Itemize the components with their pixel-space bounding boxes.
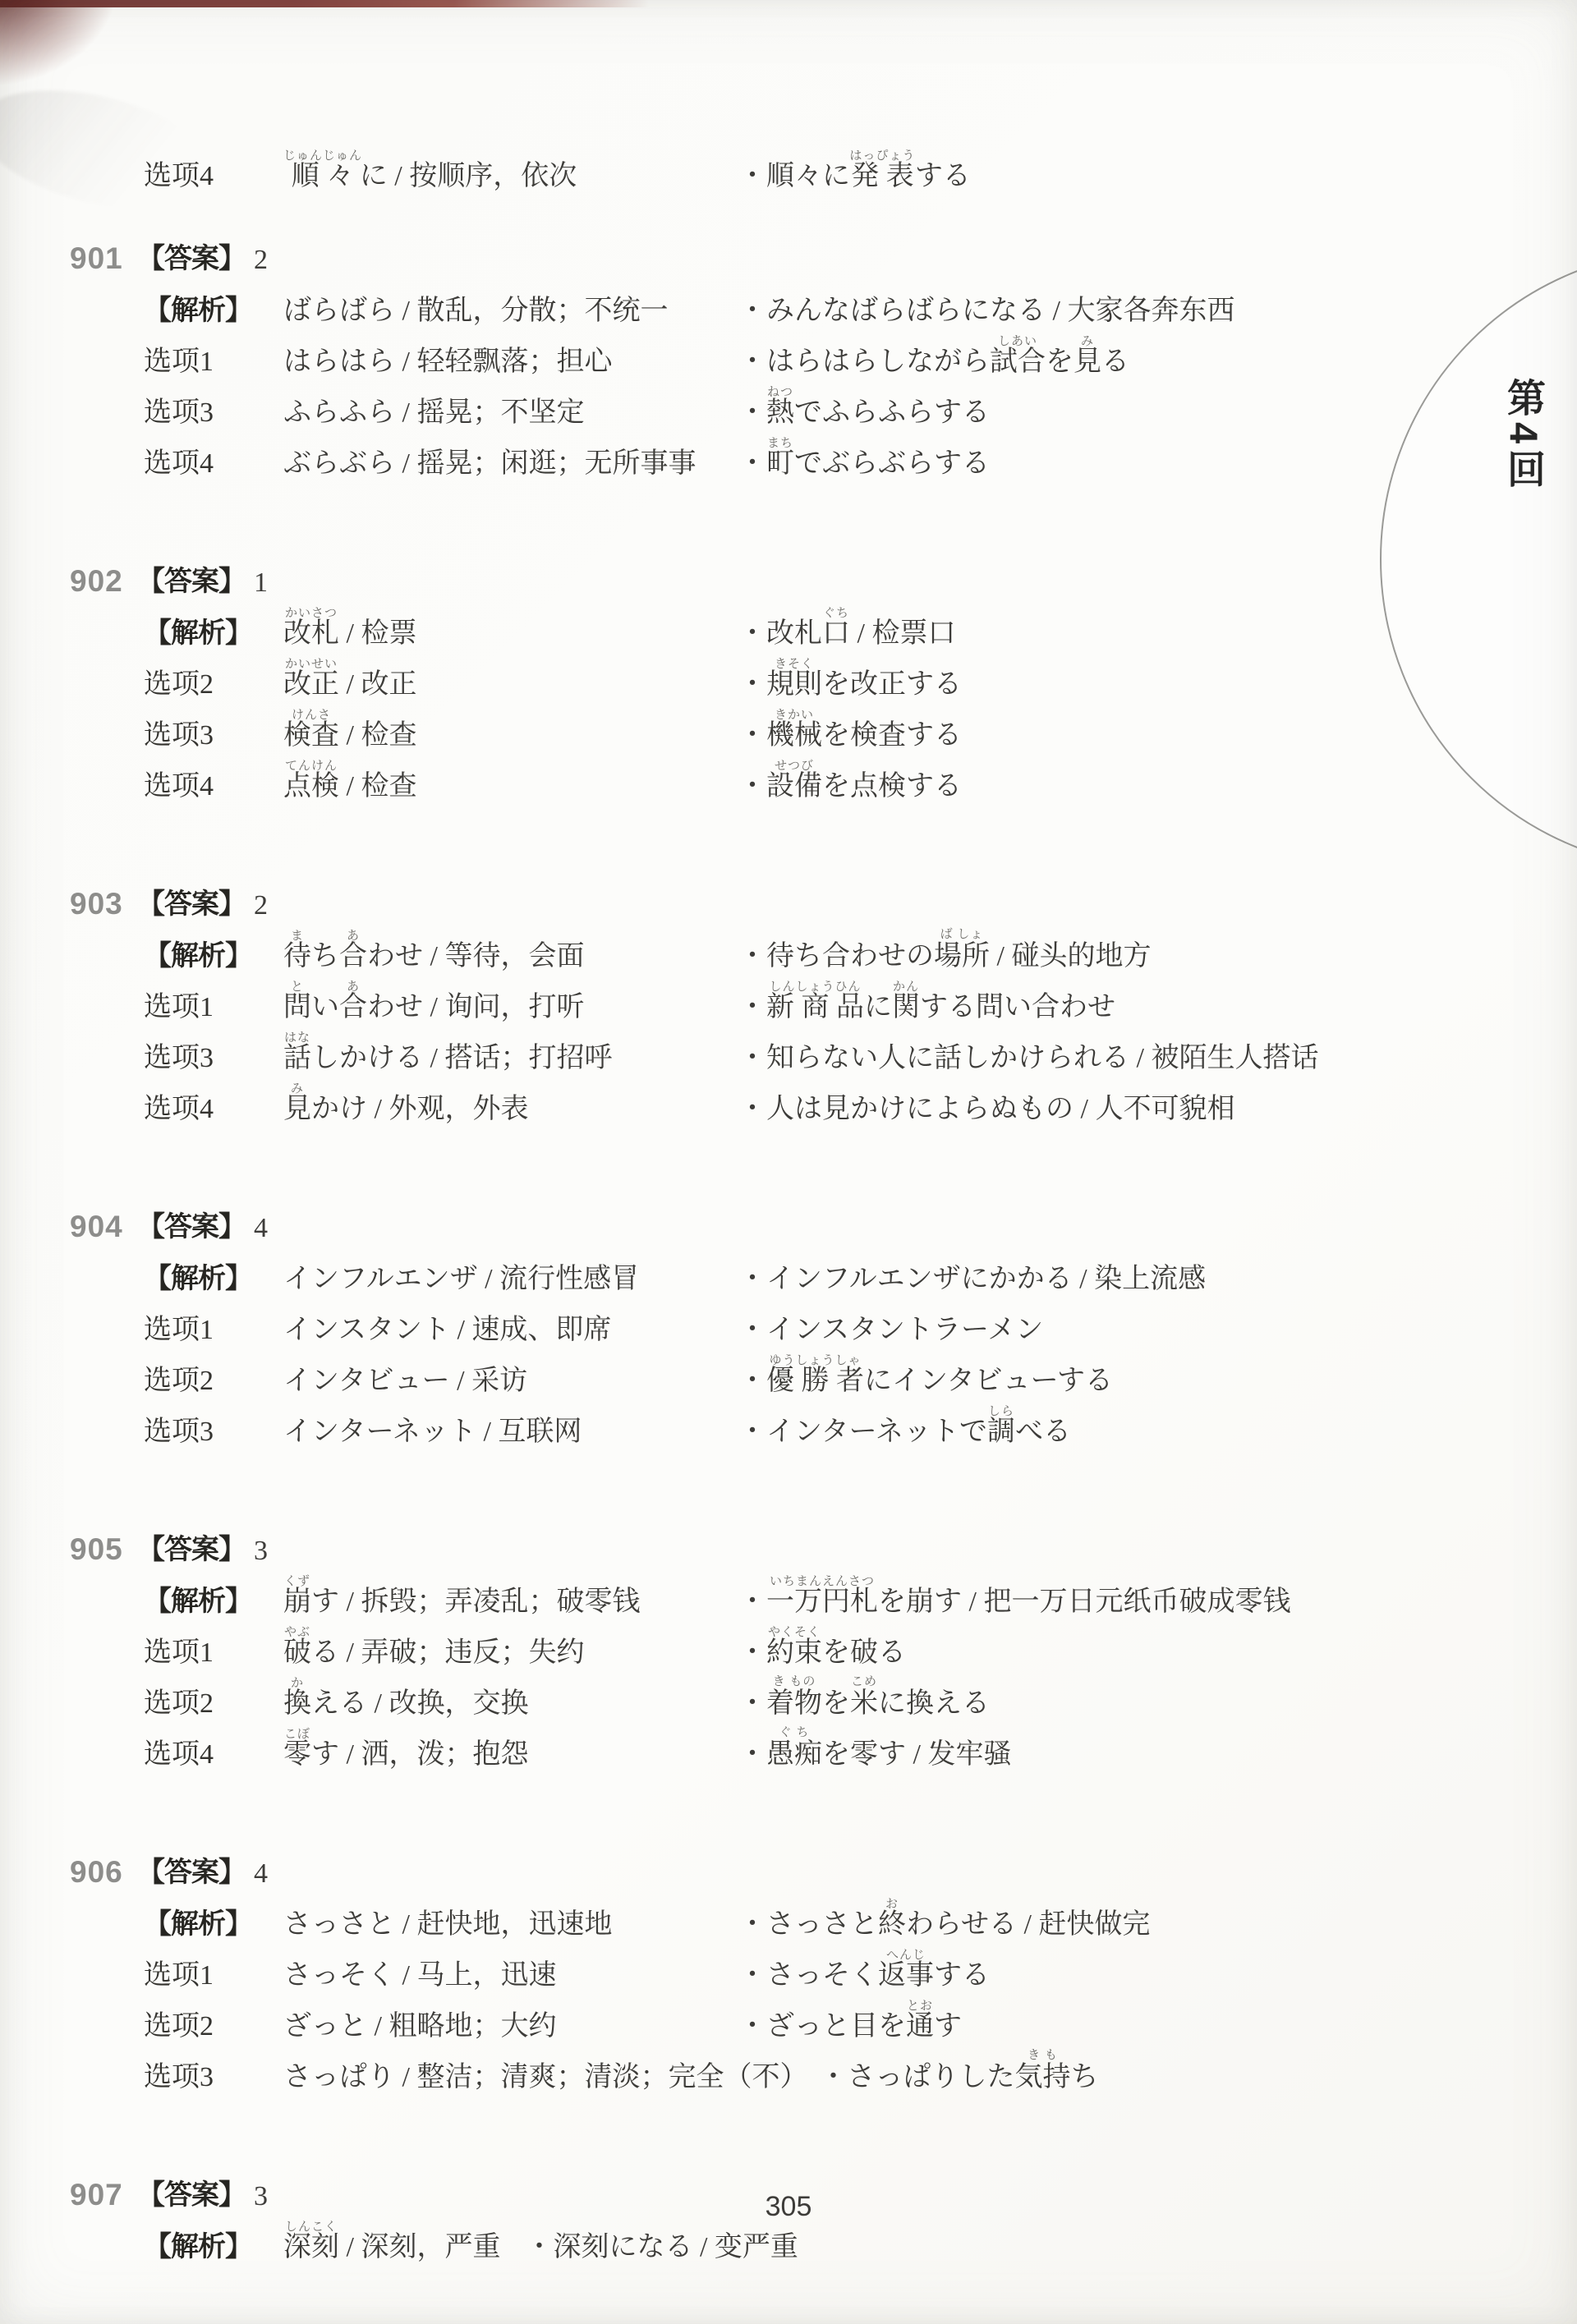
example-sentence: ・知らない人に話しかけられる / 被陌生人搭话	[738, 1043, 1318, 1074]
furigana-ruby: 換か	[283, 1688, 311, 1719]
example-sentence: ・さっさと終おわらせる / 赶快做完	[738, 1898, 1150, 1940]
example-sentence: ・さっぱりした気持き もち	[819, 2049, 1098, 2093]
entry-line: 【解析】さっさと / 赶快地，迅速地・さっさと終おわらせる / 赶快做完	[144, 1890, 1552, 1940]
entry-line: 选项1インスタント / 速成、即席・インスタントラーメン	[144, 1295, 1552, 1346]
entry-label: 【解析】	[144, 296, 283, 327]
word-and-meaning: ざっと / 粗略地；大约	[283, 2011, 738, 2042]
furigana-ruby: 崩くず	[283, 1587, 311, 1617]
word-and-meaning: 話はなしかける / 搭话；打招呼	[283, 1031, 738, 1074]
entry-line: 选项2換かえる / 改换，交换・着物き ものを米こめに換える	[144, 1669, 1552, 1720]
entry-label: 选项4	[144, 1739, 283, 1771]
answer-label: 【答案】	[137, 1204, 246, 1244]
entry-line: 选项1さっそく / 马上，迅速・さっそく返事へんじする	[144, 1940, 1552, 1991]
word-and-meaning: 換かえる / 改换，交换	[283, 1677, 738, 1720]
furigana-ruby: 設備せつび	[766, 771, 822, 801]
entry-label: 选项3	[144, 1043, 283, 1074]
answer-label: 【答案】	[137, 558, 246, 599]
furigana-ruby: 改正かいせい	[283, 669, 339, 700]
entry-label: 选项1	[144, 1315, 283, 1346]
answer-value: 1	[254, 567, 268, 599]
word-and-meaning: ばらばら / 散乱，分散；不统一	[283, 296, 738, 327]
entry-line: 选项1はらはら / 轻轻飘落；担心・はらはらしながら試合しあいを見みる	[144, 327, 1552, 378]
furigana-ruby: 規則きそく	[766, 669, 822, 700]
word-and-meaning: さっそく / 马上，迅速	[283, 1960, 738, 1991]
furigana-ruby: 深刻しんこく	[283, 2232, 339, 2262]
furigana-ruby: 問と	[283, 992, 311, 1022]
word-and-meaning: 崩くずす / 拆毁；弄凌乱；破零钱	[283, 1575, 738, 1618]
example-sentence: ・優 勝 者ゆうしょうしゃにインタビューする	[738, 1354, 1113, 1397]
entry-line: 选项3さっぱり / 整洁；清爽；清淡；完全（不） ・さっぱりした気持き もち	[144, 2042, 1552, 2093]
question-number: 903	[70, 887, 137, 921]
furigana-ruby: 着物き もの	[766, 1688, 822, 1719]
answer-label: 【答案】	[137, 1849, 246, 1890]
entry-label: 选项1	[144, 1960, 283, 1991]
answer-value: 4	[254, 1858, 268, 1890]
word-and-meaning: インフルエンザ / 流行性感冒	[283, 1264, 738, 1295]
answer-value: 2	[254, 890, 268, 921]
example-sentence: ・順々に発 表はっぴょうする	[738, 149, 971, 192]
example-sentence: ・熱ねつでふらふらする	[738, 386, 990, 429]
entry-label: 选项4	[144, 448, 283, 480]
furigana-ruby: 口ぐち	[822, 618, 850, 649]
furigana-ruby: 優 勝 者ゆうしょうしゃ	[766, 1366, 864, 1396]
word-and-meaning: はらはら / 轻轻飘落；担心	[283, 347, 738, 378]
answer-value: 2	[254, 245, 268, 276]
entry-line: 选项4ぶらぶら / 摇晃；闲逛；无所事事・町まちでぶらぶらする	[144, 429, 1552, 480]
furigana-ruby: 試合しあい	[990, 347, 1046, 377]
question-block: 903【答案】2【解析】待まち合あわせ / 等待，会面・待ち合わせの場所ば しょ…	[70, 880, 1552, 1125]
question-block: 902【答案】1【解析】改札かいさつ / 检票・改札口ぐち / 检票口选项2改正…	[70, 558, 1552, 802]
scanned-book-page: 第4回 选项4順 々じゅんじゅんに / 按顺序，依次・順々に発 表はっぴょうする…	[0, 0, 1577, 2324]
question-number: 906	[70, 1855, 137, 1890]
question-block: 906【答案】4【解析】さっさと / 赶快地，迅速地・さっさと終おわらせる / …	[70, 1849, 1552, 2093]
example-sentence: ・一万円札いちまんえんさつを崩す / 把一万日元纸币破成零钱	[738, 1575, 1290, 1618]
entry-label: 选项1	[144, 992, 283, 1023]
example-sentence: ・愚痴ぐ ちを零す / 发牢骚	[738, 1726, 1011, 1771]
example-sentence: ・ざっと目を通とおす	[738, 2000, 962, 2042]
furigana-ruby: 合あ	[339, 992, 367, 1022]
entry-line: 【解析】インフルエンザ / 流行性感冒・インフルエンザにかかる / 染上流感	[144, 1244, 1552, 1295]
entry-line: 选项2ざっと / 粗略地；大约・ざっと目を通とおす	[144, 1991, 1552, 2042]
example-sentence: ・改札口ぐち / 检票口	[738, 607, 955, 650]
page-number: 305	[0, 2191, 1577, 2223]
furigana-ruby: 改札かいさつ	[283, 618, 339, 649]
furigana-ruby: 愚痴ぐ ち	[766, 1739, 822, 1770]
entry-line: 【解析】改札かいさつ / 检票・改札口ぐち / 检票口	[144, 599, 1552, 650]
furigana-ruby: 見み	[283, 1094, 311, 1124]
answer-row: 901【答案】2	[70, 235, 1552, 276]
example-sentence: ・約束やくそくを破る	[738, 1626, 906, 1669]
word-and-meaning: 待まち合あわせ / 等待，会面	[283, 930, 738, 972]
entry-line: 选项1問とい合あわせ / 询问，打听・新 商 品しんしょうひんに関かんする問い合…	[144, 972, 1552, 1023]
answer-label: 【答案】	[137, 236, 246, 276]
entry-label: 选项2	[144, 1688, 283, 1720]
word-and-meaning: 問とい合あわせ / 询问，打听	[283, 981, 738, 1023]
entry-line: 选项2改正かいせい / 改正・規則きそくを改正する	[144, 650, 1552, 700]
word-and-meaning: 破やぶる / 弄破；违反；失约	[283, 1626, 738, 1669]
answer-label: 【答案】	[137, 1527, 246, 1567]
entry-line: 选项4見みかけ / 外观，外表・人は見かけによらぬもの / 人不可貌相	[144, 1074, 1552, 1125]
furigana-ruby: 点検てんけん	[283, 771, 339, 801]
word-and-meaning: さっさと / 赶快地，迅速地	[283, 1909, 738, 1940]
entry-line: 选项3インターネット / 互联网・インターネットで調しらべる	[144, 1397, 1552, 1448]
furigana-ruby: 話はな	[283, 1043, 311, 1073]
entry-line: 选项3話はなしかける / 搭话；打招呼・知らない人に話しかけられる / 被陌生人…	[144, 1023, 1552, 1074]
entry-line: 选项3ふらふら / 摇晃；不坚定・熱ねつでふらふらする	[144, 378, 1552, 429]
example-sentence: ・機械きかいを検査する	[738, 709, 962, 751]
question-number: 904	[70, 1210, 137, 1244]
answer-value: 4	[254, 1213, 268, 1244]
word-and-meaning: 零こぼす / 洒，泼；抱怨	[283, 1728, 738, 1771]
word-and-meaning: 検査けんさ / 检查	[283, 709, 738, 751]
word-and-meaning: 改札かいさつ / 检票	[283, 607, 738, 650]
example-sentence: ・みんなばらばらになる / 大家各奔东西	[738, 296, 1234, 327]
furigana-ruby: 通とお	[906, 2011, 934, 2042]
word-and-meaning: 改正かいせい / 改正	[283, 658, 738, 700]
entry-line: 选项4順 々じゅんじゅんに / 按顺序，依次・順々に発 表はっぴょうする	[144, 141, 1552, 192]
entry-label: 【解析】	[144, 1587, 283, 1618]
example-sentence: ・インフルエンザにかかる / 染上流感	[738, 1264, 1206, 1295]
example-sentence: ・町まちでぶらぶらする	[738, 437, 990, 480]
furigana-ruby: 発 表はっぴょう	[850, 161, 915, 191]
word-and-meaning: インタビュー / 采访	[283, 1366, 738, 1397]
example-sentence: ・人は見かけによらぬもの / 人不可貌相	[738, 1094, 1234, 1125]
entry-line: 【解析】待まち合あわせ / 等待，会面・待ち合わせの場所ば しょ / 碰头的地方	[144, 921, 1552, 972]
question-block: 901【答案】2【解析】ばらばら / 散乱，分散；不统一・みんなばらばらになる …	[70, 235, 1552, 480]
entry-line: 选项3検査けんさ / 检查・機械きかいを検査する	[144, 700, 1552, 751]
furigana-ruby: 町まち	[766, 448, 794, 479]
furigana-ruby: 零こぼ	[283, 1739, 311, 1770]
example-sentence: ・さっそく返事へんじする	[738, 1949, 990, 1991]
word-and-meaning: インターネット / 互联网	[283, 1417, 738, 1448]
entry-label: 【解析】	[144, 941, 283, 972]
answer-value: 3	[254, 1536, 268, 1567]
furigana-ruby: 検査けんさ	[283, 720, 339, 751]
question-number: 905	[70, 1532, 137, 1567]
example-sentence: ・待ち合わせの場所ば しょ / 碰头的地方	[738, 928, 1151, 972]
word-and-meaning: 順 々じゅんじゅんに / 按顺序，依次	[283, 149, 738, 192]
furigana-ruby: 新 商 品しんしょうひん	[766, 992, 864, 1022]
answer-row: 905【答案】3	[70, 1526, 1552, 1567]
example-sentence: ・規則きそくを改正する	[738, 658, 962, 700]
question-number: 902	[70, 564, 137, 599]
word-and-meaning: 見みかけ / 外观，外表	[283, 1082, 738, 1125]
furigana-ruby: 場所ば しょ	[934, 941, 990, 971]
furigana-ruby: 順 々じゅんじゅん	[283, 161, 360, 191]
answer-row: 904【答案】4	[70, 1203, 1552, 1244]
example-sentence: ・深刻になる / 变严重	[525, 2232, 798, 2263]
entry-label: 选项1	[144, 347, 283, 378]
entry-label: 选项2	[144, 2011, 283, 2042]
example-sentence: ・着物き ものを米こめに換える	[738, 1675, 990, 1720]
answer-row: 906【答案】4	[70, 1849, 1552, 1890]
word-and-meaning: ぶらぶら / 摇晃；闲逛；无所事事	[283, 448, 738, 480]
furigana-ruby: 調しら	[987, 1417, 1015, 1447]
example-sentence: ・はらはらしながら試合しあいを見みる	[738, 335, 1129, 378]
furigana-ruby: 合あ	[339, 941, 367, 971]
word-and-meaning: 点検てんけん / 检查	[283, 760, 738, 802]
word-and-meaning: 深刻しんこく / 深刻，严重	[283, 2221, 525, 2263]
entry-label: 【解析】	[144, 618, 283, 650]
entry-label: 选项4	[144, 771, 283, 802]
entry-line: 选项4点検てんけん / 检查・設備せつびを点検する	[144, 751, 1552, 802]
example-sentence: ・新 商 品しんしょうひんに関かんする問い合わせ	[738, 981, 1115, 1023]
answer-label: 【答案】	[137, 881, 246, 921]
entry-label: 选项2	[144, 1366, 283, 1397]
furigana-ruby: 機械きかい	[766, 720, 822, 751]
entry-line: 【解析】崩くずす / 拆毁；弄凌乱；破零钱・一万円札いちまんえんさつを崩す / …	[144, 1567, 1552, 1618]
entry-line: 选项4零こぼす / 洒，泼；抱怨・愚痴ぐ ちを零す / 发牢骚	[144, 1720, 1552, 1771]
entry-line: 【解析】ばらばら / 散乱，分散；不统一・みんなばらばらになる / 大家各奔东西	[144, 276, 1552, 327]
answer-row: 903【答案】2	[70, 880, 1552, 921]
furigana-ruby: 返事へんじ	[878, 1960, 934, 1991]
question-block: 905【答案】3【解析】崩くずす / 拆毁；弄凌乱；破零钱・一万円札いちまんえん…	[70, 1526, 1552, 1771]
entry-label: 选项3	[144, 1417, 283, 1448]
entry-label: 【解析】	[144, 1909, 283, 1940]
example-sentence: ・インスタントラーメン	[738, 1315, 1043, 1346]
furigana-ruby: 見み	[1074, 347, 1101, 377]
furigana-ruby: 気持き も	[1014, 2062, 1070, 2092]
furigana-ruby: 関かん	[892, 992, 920, 1022]
entry-label: 【解析】	[144, 2232, 283, 2263]
furigana-ruby: 待ま	[283, 941, 311, 971]
entry-label: 选项4	[144, 161, 283, 192]
furigana-ruby: 熱ねつ	[766, 397, 794, 428]
furigana-ruby: 約束やくそく	[766, 1637, 822, 1668]
entry-label: 【解析】	[144, 1264, 283, 1295]
entry-label: 选项4	[144, 1094, 283, 1125]
furigana-ruby: 破やぶ	[283, 1637, 311, 1668]
question-block: 904【答案】4【解析】インフルエンザ / 流行性感冒・インフルエンザにかかる …	[70, 1203, 1552, 1448]
word-and-meaning: さっぱり / 整洁；清爽；清淡；完全（不）	[283, 2062, 819, 2093]
entry-label: 选项3	[144, 720, 283, 751]
answer-key-content: 选项4順 々じゅんじゅんに / 按顺序，依次・順々に発 表はっぴょうする901【…	[0, 0, 1577, 2263]
entry-label: 选项3	[144, 397, 283, 429]
word-and-meaning: インスタント / 速成、即席	[283, 1315, 738, 1346]
word-and-meaning: ふらふら / 摇晃；不坚定	[283, 397, 738, 429]
entry-label: 选项3	[144, 2062, 283, 2093]
entry-line: 选项1破やぶる / 弄破；违反；失约・約束やくそくを破る	[144, 1618, 1552, 1669]
entry-line: 选项2インタビュー / 采访・優 勝 者ゆうしょうしゃにインタビューする	[144, 1346, 1552, 1397]
furigana-ruby: 終お	[878, 1909, 906, 1940]
furigana-ruby: 一万円札いちまんえんさつ	[766, 1587, 878, 1617]
furigana-ruby: 米こめ	[850, 1688, 878, 1719]
entry-label: 选项2	[144, 669, 283, 700]
example-sentence: ・設備せつびを点検する	[738, 760, 962, 802]
answer-row: 902【答案】1	[70, 558, 1552, 599]
question-number: 901	[70, 241, 137, 276]
example-sentence: ・インターネットで調しらべる	[738, 1405, 1071, 1448]
entry-label: 选项1	[144, 1637, 283, 1669]
